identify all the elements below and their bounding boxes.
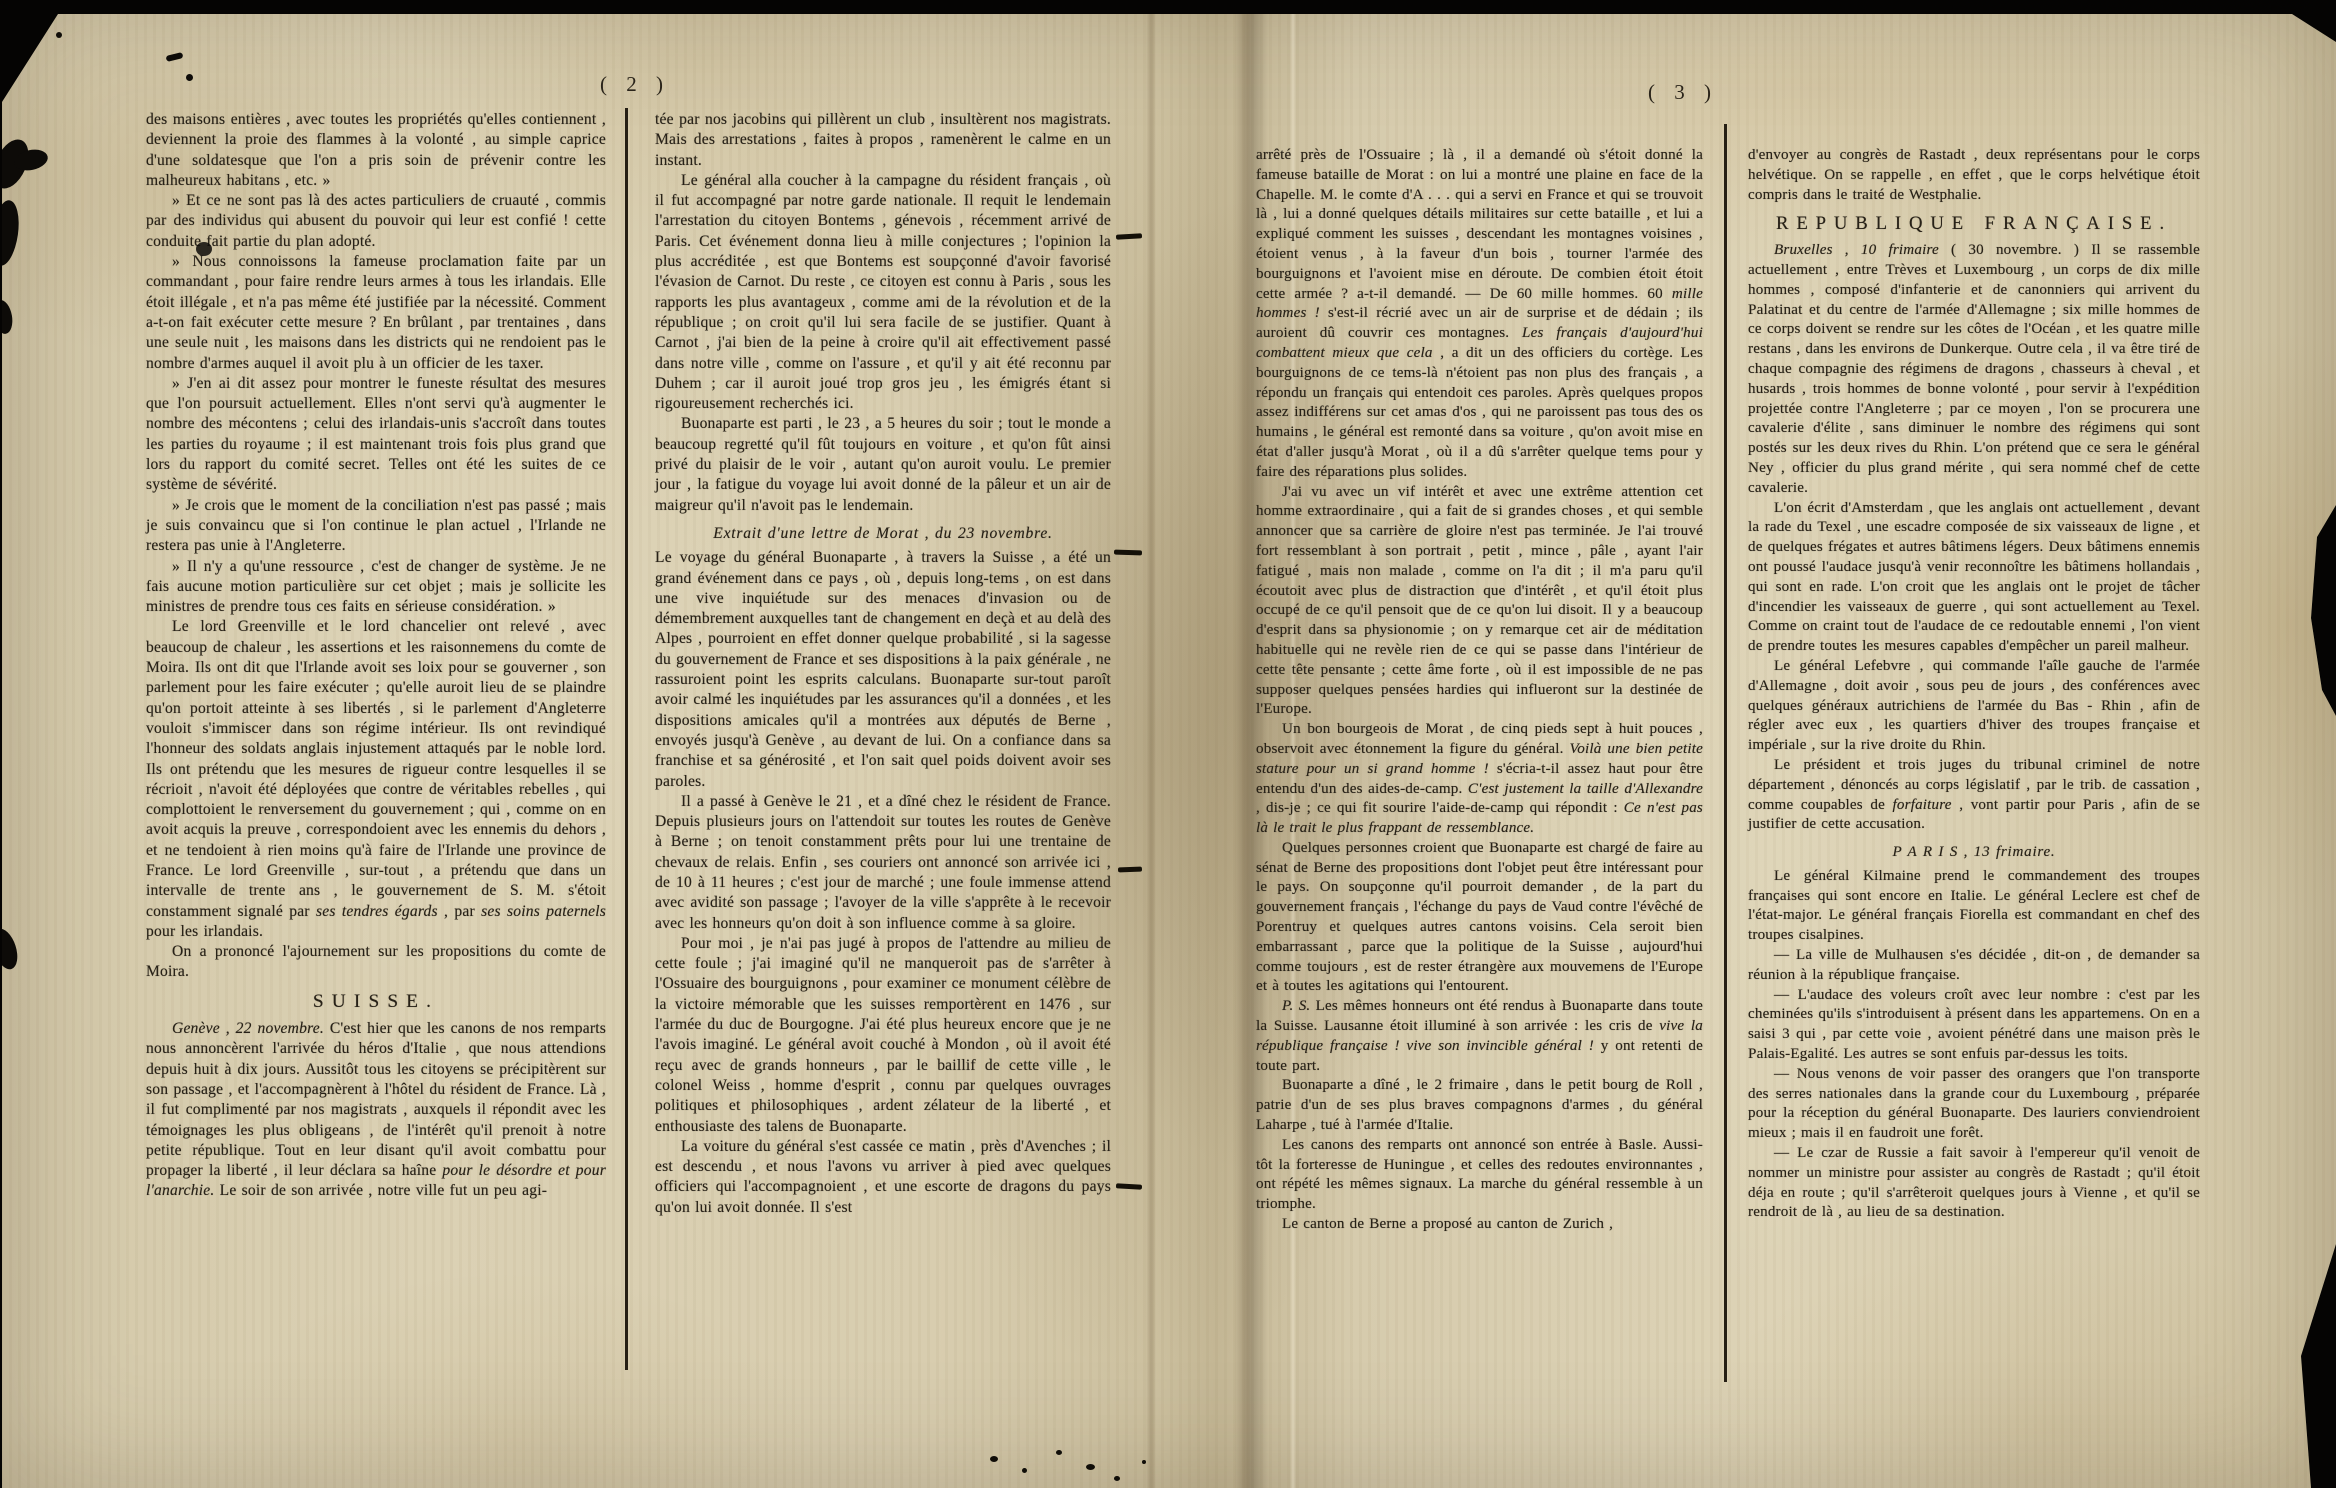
ink-blot — [0, 50, 22, 83]
column-divider-rule-page2 — [625, 108, 628, 1370]
stitch-mark — [1114, 550, 1142, 556]
paragraph: On a prononcé l'ajournement sur les prop… — [146, 942, 606, 983]
paragraph: — La ville de Mulhausen s'es décidée , d… — [1748, 946, 2200, 986]
paragraph: Bruxelles , 10 frimaire ( 30 novembre. )… — [1748, 241, 2200, 498]
paragraph: tée par nos jacobins qui pillèrent un cl… — [655, 110, 1111, 171]
paragraph: arrêté près de l'Ossuaire ; là , il a de… — [1256, 146, 1703, 483]
ink-speck — [1056, 1450, 1062, 1455]
paragraph: d'envoyer au congrès de Rastadt , deux r… — [1748, 146, 2200, 205]
ink-blot — [0, 926, 22, 973]
paragraph: » Et ce ne sont pas là des actes particu… — [146, 191, 606, 252]
fold-crease-left — [1146, 0, 1156, 1488]
ink-speck — [1086, 1464, 1095, 1470]
page3-column-2: d'envoyer au congrès de Rastadt , deux r… — [1748, 146, 2200, 1223]
ink-speck — [1114, 1476, 1120, 1481]
stitch-mark — [1116, 233, 1142, 239]
page-number-3: ( 3 ) — [1628, 80, 1738, 105]
ink-speck — [1022, 1468, 1027, 1473]
paragraph: L'on écrit d'Amsterdam , que les anglais… — [1748, 499, 2200, 657]
paragraph: Le général alla coucher à la campagne du… — [655, 171, 1111, 415]
ink-blot — [0, 199, 22, 268]
paragraph: des maisons entières , avec toutes les p… — [146, 110, 606, 191]
paragraph: Buonaparte est parti , le 23 , a 5 heure… — [655, 414, 1111, 515]
ink-blot — [0, 299, 15, 336]
paragraph: » Il n'y a qu'une ressource , c'est de c… — [146, 557, 606, 618]
paragraph: » Je crois que le moment de la conciliat… — [146, 496, 606, 557]
dateline-heading: Extrait d'une lettre de Morat , du 23 no… — [655, 524, 1111, 544]
paragraph: Les canons des remparts ont annoncé son … — [1256, 1136, 1703, 1215]
paragraph: Pour moi , je n'ai pas jugé à propos de … — [655, 934, 1111, 1137]
paragraph: Le voyage du général Buonaparte , à trav… — [655, 548, 1111, 792]
paragraph: Un bon bourgeois de Morat , de cinq pied… — [1256, 720, 1703, 839]
ink-blot — [196, 242, 212, 256]
scanned-newspaper-spread: ( 2 ) des maisons entières , avec toutes… — [0, 0, 2336, 1488]
stitch-mark — [1118, 867, 1142, 873]
paragraph: — L'audace des voleurs croît avec leur n… — [1748, 986, 2200, 1065]
paragraph: Le canton de Berne a proposé au canton d… — [1256, 1215, 1703, 1235]
paragraph: Le général Lefebvre , qui commande l'aîl… — [1748, 657, 2200, 756]
paragraph: La voiture du général s'est cassée ce ma… — [655, 1137, 1111, 1218]
section-heading: REPUBLIQUE FRANÇAISE. — [1748, 214, 2200, 234]
paragraph: Le lord Greenville et le lord chancelier… — [146, 617, 606, 942]
paragraph: Genève , 22 novembre. C'est hier que les… — [146, 1019, 606, 1202]
ink-speck — [186, 74, 193, 81]
ink-mark — [166, 52, 184, 62]
ink-speck — [56, 32, 62, 38]
paragraph: Le président et trois juges du tribunal … — [1748, 756, 2200, 835]
page2-column-1: des maisons entières , avec toutes les p… — [146, 110, 606, 1202]
paragraph: » Nous connoissons la fameuse proclamati… — [146, 252, 606, 374]
page-number-2: ( 2 ) — [580, 72, 690, 97]
stitch-mark — [1116, 1183, 1142, 1189]
paragraph: » J'en ai dit assez pour montrer le fune… — [146, 374, 606, 496]
ink-speck — [1142, 1460, 1146, 1464]
section-heading: SUISSE. — [146, 992, 606, 1012]
ink-speck — [990, 1456, 998, 1462]
dateline-heading: P A R I S , 13 frimaire. — [1748, 843, 2200, 863]
paragraph: P. S. Les mêmes honneurs ont été rendus … — [1256, 997, 1703, 1076]
paragraph: Buonaparte a dîné , le 2 frimaire , dans… — [1256, 1076, 1703, 1135]
column-divider-rule-page3 — [1724, 124, 1727, 1382]
page2-column-2: tée par nos jacobins qui pillèrent un cl… — [655, 110, 1111, 1218]
page3-column-1: arrêté près de l'Ossuaire ; là , il a de… — [1256, 146, 1703, 1235]
paragraph: J'ai vu avec un vif intérêt et avec une … — [1256, 483, 1703, 721]
paragraph: Il a passé à Genève le 21 , et a dîné ch… — [655, 792, 1111, 934]
paragraph: — Le czar de Russie a fait savoir à l'em… — [1748, 1144, 2200, 1223]
paragraph: Quelques personnes croient que Buonapart… — [1256, 839, 1703, 997]
paper-sheet: ( 2 ) des maisons entières , avec toutes… — [0, 0, 2336, 1488]
paragraph: — Nous venons de voir passer des oranger… — [1748, 1065, 2200, 1144]
paragraph: Le général Kilmaine prend le commandemen… — [1748, 867, 2200, 946]
